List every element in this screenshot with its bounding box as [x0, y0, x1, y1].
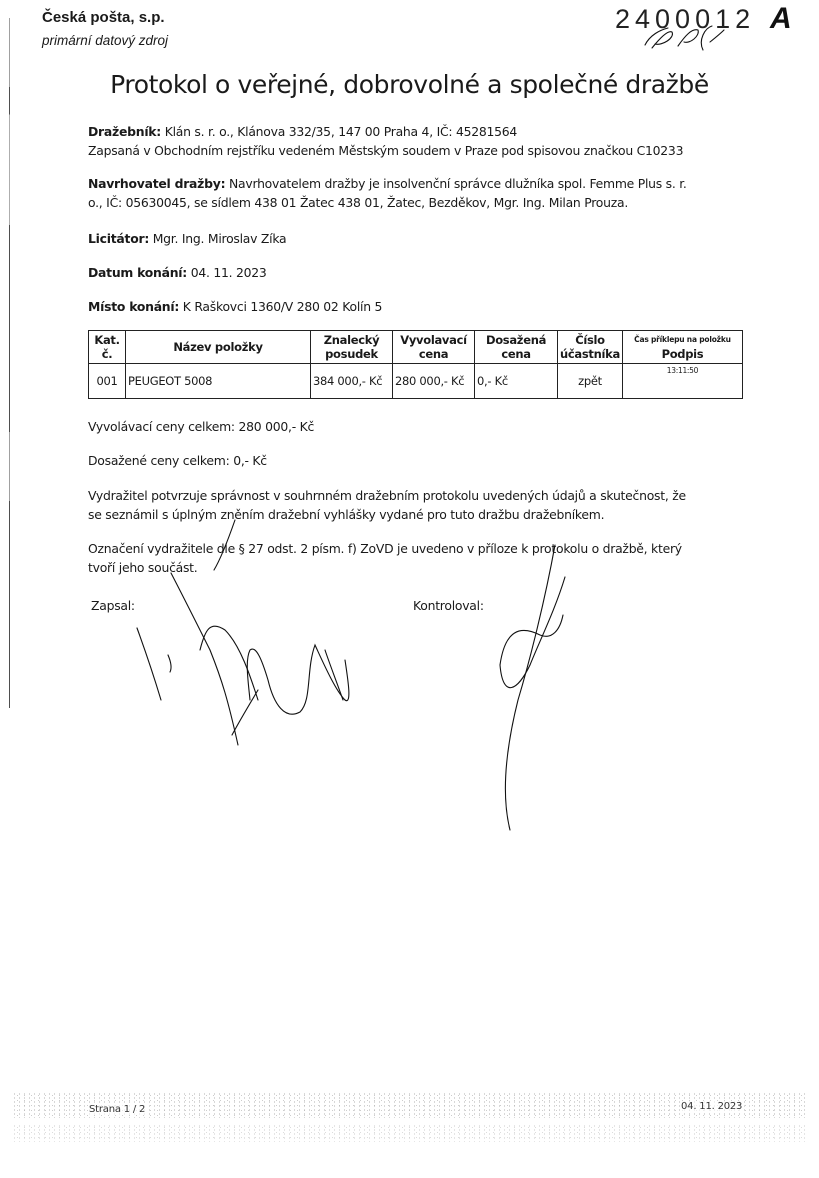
recorded-by-label: Zapsal:: [91, 596, 135, 615]
issuer-subtitle: primární datový zdroj: [42, 33, 168, 48]
auctioneer-value: Klán s. r. o., Klánova 332/35, 147 00 Pr…: [165, 124, 517, 139]
document-number: 2400012: [615, 4, 755, 35]
proposer-value-1: Navrhovatelem dražby je insolvenční sprá…: [229, 176, 687, 191]
cell-nazev: PEUGEOT 5008: [126, 364, 311, 399]
date-row: Datum konání: 04. 11. 2023: [88, 263, 267, 282]
proposer-block: Navrhovatel dražby: Navrhovatelem dražby…: [88, 174, 687, 212]
footer-page-number: Strana 1 / 2: [89, 1104, 145, 1115]
place-label: Místo konání:: [88, 299, 179, 314]
scan-edge-line: [9, 18, 10, 708]
footer-scan-noise-bottom: [12, 1124, 807, 1142]
col-dosazena: Dosaženácena: [475, 331, 558, 364]
col-kat: Kat. č.: [89, 331, 126, 364]
licitator-value: Mgr. Ing. Miroslav Zíka: [153, 231, 287, 246]
cell-cislo: zpět: [558, 364, 623, 399]
cell-dosazena: 0,- Kč: [475, 364, 558, 399]
proposer-value-2: o., IČ: 05630045, se sídlem 438 01 Žatec…: [88, 193, 687, 212]
document-suffix: A: [770, 2, 792, 36]
total-starting: Vyvolávací ceny celkem: 280 000,- Kč: [88, 417, 314, 436]
col-znalecky: Znaleckýposudek: [311, 331, 393, 364]
footer-date: 04. 11. 2023: [681, 1101, 742, 1112]
place-row: Místo konání: K Raškovci 1360/V 280 02 K…: [88, 297, 382, 316]
page-title: Protokol o veřejné, dobrovolné a společn…: [0, 70, 819, 99]
cell-vyvolavaci: 280 000,- Kč: [393, 364, 475, 399]
cell-znalecky: 384 000,- Kč: [311, 364, 393, 399]
issuer-name: Česká pošta, s.p.: [42, 9, 165, 26]
licitator-row: Licitátor: Mgr. Ing. Miroslav Zíka: [88, 229, 286, 248]
col-nazev: Název položky: [126, 331, 311, 364]
proposer-label: Navrhovatel dražby:: [88, 176, 225, 191]
auctioneer-block: Dražebník: Klán s. r. o., Klánova 332/35…: [88, 122, 683, 160]
items-table: Kat. č. Název položky Znaleckýposudek Vy…: [88, 330, 743, 399]
checked-by-label: Kontroloval:: [413, 596, 484, 615]
table-header-row: Kat. č. Název položky Znaleckýposudek Vy…: [89, 331, 743, 364]
table-row: 001 PEUGEOT 5008 384 000,- Kč 280 000,- …: [89, 364, 743, 399]
col-vyvolavaci: Vyvolavacícena: [393, 331, 475, 364]
place-value: K Raškovci 1360/V 280 02 Kolín 5: [183, 299, 382, 314]
cell-podpis: 13:11:50: [622, 364, 742, 399]
auctioneer-registration: Zapsaná v Obchodním rejstříku vedeném Mě…: [88, 141, 683, 160]
statement-annex: Označení vydražitele dle § 27 odst. 2 pí…: [88, 539, 682, 577]
col-podpis: Čas příklepu na položkuPodpis: [622, 331, 742, 364]
cell-cas: 13:11:50: [625, 366, 740, 375]
auctioneer-label: Dražebník:: [88, 124, 161, 139]
total-achieved: Dosažené ceny celkem: 0,- Kč: [88, 451, 267, 470]
statement-confirmation: Vydražitel potvrzuje správnost v souhrnn…: [88, 486, 686, 524]
date-label: Datum konání:: [88, 265, 187, 280]
col-cislo: Čísloúčastníka: [558, 331, 623, 364]
cell-kat: 001: [89, 364, 126, 399]
date-value: 04. 11. 2023: [191, 265, 267, 280]
licitator-label: Licitátor:: [88, 231, 149, 246]
